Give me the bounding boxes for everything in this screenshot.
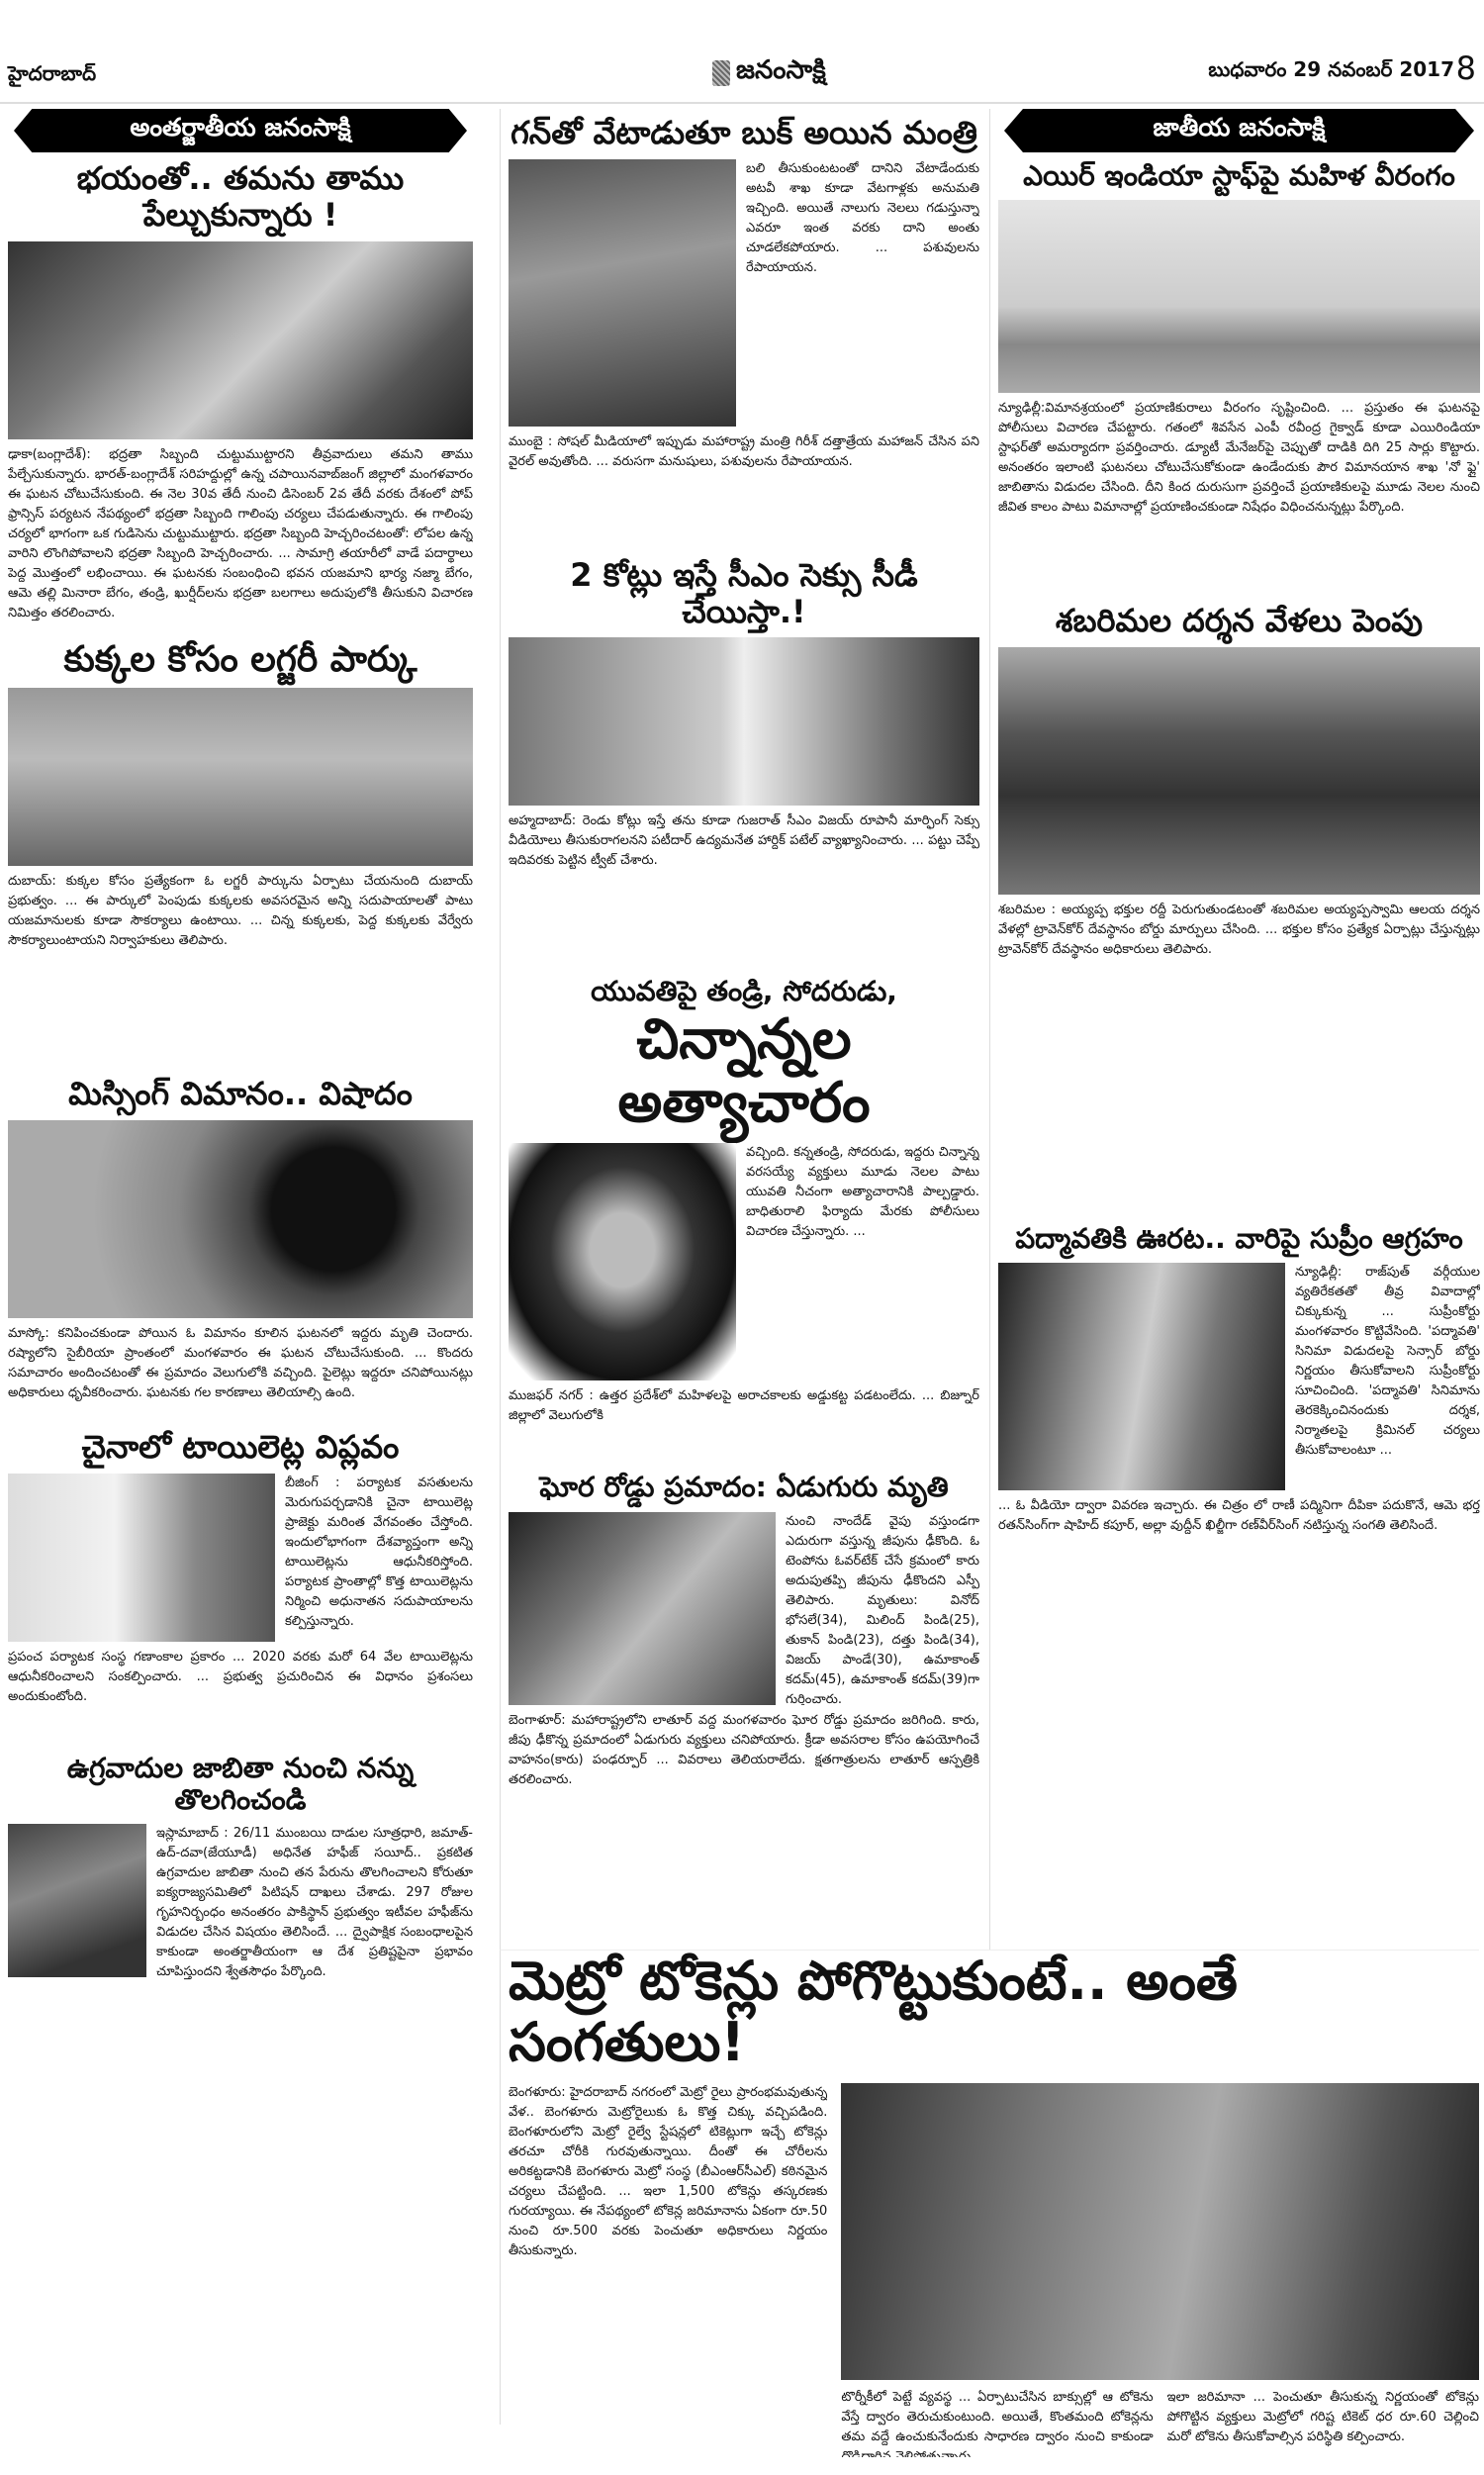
story-body-side: వచ్చింది. కన్నతండ్రి, సోదరుడు, ఇద్దరు చి… [746,1143,979,1380]
headline: భయంతో.. తమను తాము పేల్చుకున్నారు ! [8,160,473,234]
story-hafiz: ఉగ్రవాదుల జాబితా నుంచి నన్ను తొలగించండి … [8,1753,473,2150]
metro-train-photo [841,2083,1479,2380]
story-body: ఢాకా(బంగ్లాదేశ్): భద్రతా సిబ్బంది చుట్టు… [8,445,473,633]
section-banner-national: జాతీయ జనంసాక్షి [1004,109,1474,152]
hafiz-photo [8,1824,146,1977]
headline: కుక్కల కోసం లగ్జరీ పార్కు [8,639,473,680]
story-missing-plane: మిస్సింగ్ విమానం.. విషాదం మాస్కో: కనిపిం… [8,1076,473,1423]
story-body: మాస్కో: కనిపించకుండా పోయిన ఓ విమానం కూలి… [8,1324,473,1423]
national-column: జాతీయ జనంసాక్షి ఎయిర్ ఇండియా స్టాఫ్‌పై మ… [989,109,1480,1950]
story-body: ఇస్లామాబాద్ : 26/11 ముంబయి దాడుల సూత్రధా… [156,1824,473,2150]
padmavati-still-photo [998,1263,1285,1490]
paper-logo: జనంసాక్షి [712,55,826,91]
headline: గన్‌తో వేటాడుతూ బుక్ అయిన మంత్రి [509,115,979,151]
story-body-col1: బెంగళూరు: హైదరాబాద్ నగరంలో మెట్రో రైలు ప… [509,2083,827,2449]
headline: ఘోర రోడ్డు ప్రమాదం: ఏడుగురు మృతి [509,1472,979,1503]
minister-photo [509,159,736,427]
headline: పద్మావతికి ఊరట.. వారిపై సుప్రీం ఆగ్రహం [998,1223,1480,1255]
sabarimala-crowd-photo [998,647,1480,895]
section-banner-international: అంతర్జాతీయ జనంసాక్షి [14,109,467,152]
dogs-photo [8,688,473,866]
story-sabarimala: శబరిమల దర్శన వేళలు పెంపు శబరిమల : అయ్యప్… [998,603,1480,1217]
middle-column: గన్‌తో వేటాడుతూ బుక్ అయిన మంత్రి బలి తీస… [500,109,979,1950]
story-body-col3: ఇలా జరిమానా ... పెంచుతూ తీసుకున్న నిర్ణయ… [1167,2388,1479,2457]
plane-crash-photo [8,1120,473,1318]
headline-line1: యువతిపై తండ్రి, సోదరుడు, [509,976,979,1007]
toilet-photo [8,1474,275,1642]
story-body-side: బీజింగ్ : పర్యాటక వసతులను మెరుగుపర్చడాని… [285,1474,473,1642]
headline: 2 కోట్లు ఇస్తే సీఎం సెక్సు సీడీ చేయిస్తా… [509,557,979,630]
story-body: దుబాయ్: కుక్కల కోసం ప్రత్యేకంగా ఓ లగ్జరీ… [8,872,473,1070]
story-body: శబరిమల : అయ్యప్ప భక్తుల రద్దీ పెరుగుతుండ… [998,901,1480,1217]
story-dog-park: కుక్కల కోసం లగ్జరీ పార్కు దుబాయ్: కుక్కల… [8,639,473,1070]
masthead: హైదరాబాద్ జనంసాక్షి బుధవారం 29 నవంబర్ 20… [0,0,1484,104]
story-body-col2: టొర్నీకీలో పెట్టే వ్యవస్థ ... ఏర్పాటుచేస… [841,2388,1153,2457]
story-body: ప్రపంచ పర్యాటక సంస్థ గణాంకాల ప్రకారం ...… [8,1648,473,1747]
story-body-side: న్యూఢిల్లీ: రాజ్‌పుత్ వర్గీయుల వ్యతిరేకత… [1295,1263,1480,1490]
story-body: బెంగాళూర్: మహారాష్ట్రలోని లాతూర్ వద్ద మం… [509,1711,979,1790]
story-air-india: ఎయిర్ ఇండియా స్టాఫ్‌పై మహిళ వీరంగం న్యూఢ… [998,160,1480,597]
story-body: ముంబై : సోషల్ మీడియాలో ఇప్పుడు మహారాష్ట్… [509,432,979,551]
city-label: హైదరాబాద్ [8,61,96,90]
story-body: ... ఓ వీడియో ద్వారా వివరణ ఇచ్చారు. ఈ చిత… [998,1496,1480,1773]
page-number: 8 [1456,49,1476,87]
hardik-photo [509,637,979,806]
story-bangladesh: భయంతో.. తమను తాము పేల్చుకున్నారు ! ఢాకా(… [8,160,473,633]
story-body: ముజఫర్ నగర్ : ఉత్తర ప్రదేశ్‌లో మహిళలపై అ… [509,1386,979,1466]
distressed-woman-photo [509,1143,736,1380]
airplane-photo [998,200,1480,393]
headline: శబరిమల దర్శన వేళలు పెంపు [998,603,1480,639]
story-metro-tokens: మెట్రో టోకెన్లు పోగొట్టుకుంటే.. అంతే సంగ… [500,1950,1479,2425]
headline: చైనాలో టాయిలెట్ల విప్లవం [8,1429,473,1466]
story-body: అహ్మదాబాద్: రెండు కోట్లు ఇస్తే తను కూడా … [509,811,979,970]
story-assault: యువతిపై తండ్రి, సోదరుడు, చిన్నాన్నల అత్య… [509,976,979,1466]
international-column: అంతర్జాతీయ జనంసాక్షి భయంతో.. తమను తాము ప… [8,109,473,2415]
accident-photo [509,1512,776,1705]
story-body-side: నుంచి నాందేడ్ వైపు వస్తుండగా ఎదురుగా వస్… [786,1512,979,1705]
headline: ఉగ్రవాదుల జాబితా నుంచి నన్ను తొలగించండి [8,1753,473,1816]
story-china-toilets: చైనాలో టాయిలెట్ల విప్లవం బీజింగ్ : పర్యా… [8,1429,473,1747]
story-road-accident: ఘోర రోడ్డు ప్రమాదం: ఏడుగురు మృతి నుంచి న… [509,1472,979,1789]
headline-line2: చిన్నాన్నల అత్యాచారం [509,1008,979,1136]
story-minister-hunt: గన్‌తో వేటాడుతూ బుక్ అయిన మంత్రి బలి తీస… [509,115,979,551]
headline: మెట్రో టోకెన్లు పోగొట్టుకుంటే.. అంతే సంగ… [509,1951,1479,2073]
story-body: న్యూఢిల్లీ:విమానశ్రయంలో ప్రయాణికురాలు వీ… [998,399,1480,597]
logo-icon [712,60,730,86]
story-padmavati: పద్మావతికి ఊరట.. వారిపై సుప్రీం ఆగ్రహం న… [998,1223,1480,1773]
story-body-side: బలి తీసుకుంటటంతో దానిని వేటాడేందుకు అటవీ… [746,159,979,427]
fire-photo [8,241,473,439]
headline: ఎయిర్ ఇండియా స్టాఫ్‌పై మహిళ వీరంగం [998,160,1480,192]
paper-name: జనంసాక్షి [736,55,826,91]
issue-date: బుధవారం 29 నవంబర్ 2017 [1208,57,1454,86]
story-hardik: 2 కోట్లు ఇస్తే సీఎం సెక్సు సీడీ చేయిస్తా… [509,557,979,971]
headline: మిస్సింగ్ విమానం.. విషాదం [8,1076,473,1112]
